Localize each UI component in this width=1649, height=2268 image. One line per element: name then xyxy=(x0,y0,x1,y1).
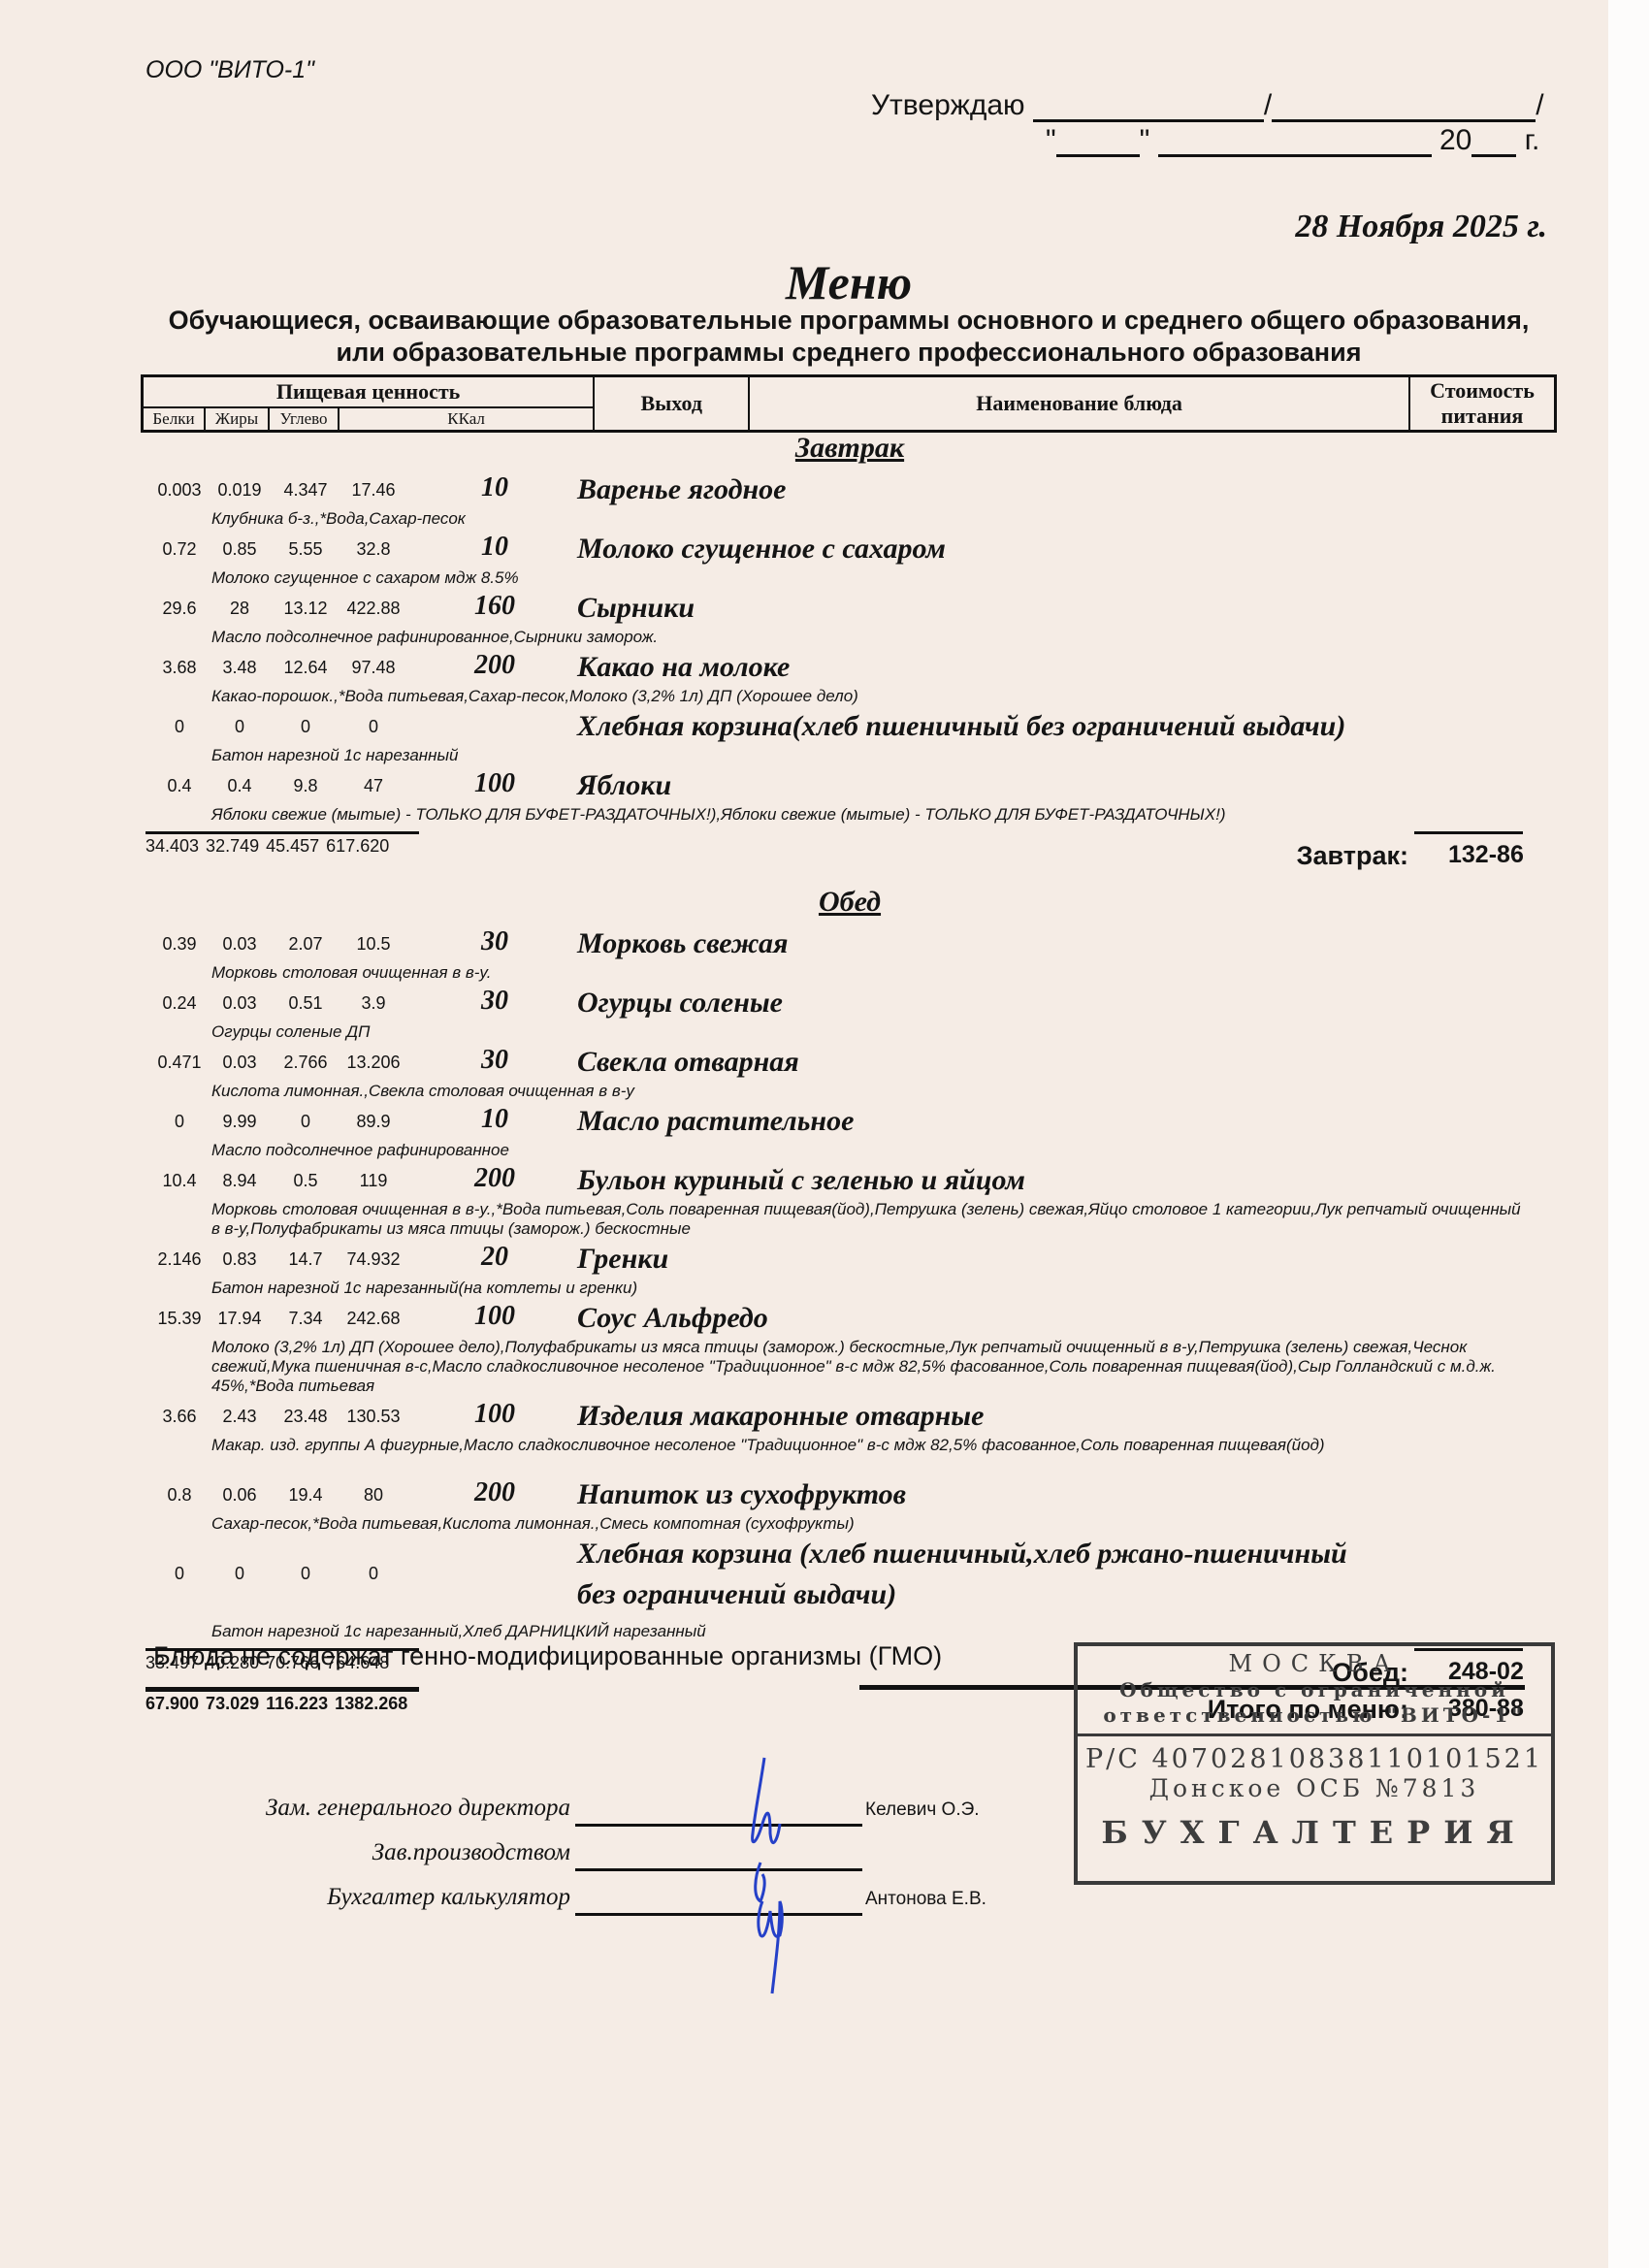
menu-item: 3.683.4812.6497.48200 xyxy=(145,650,1552,689)
stamp-city: МОСКВА xyxy=(1078,1650,1551,1677)
stamp-divider xyxy=(1074,1733,1555,1736)
company-stamp: МОСКВА Общество с ограниченной ответстве… xyxy=(1074,1642,1555,1885)
nutrient-kcal: 80 xyxy=(339,1485,407,1506)
signature-role-accountant: Бухгалтер калькулятор xyxy=(327,1884,570,1911)
page-subtitle: Обучающиеся, осваивающие образовательные… xyxy=(145,305,1552,369)
dish-ingredients: Молоко (3,2% 1л) ДП (Хорошее дело),Полуф… xyxy=(211,1338,1521,1396)
menu-item: 0.240.030.513.930 xyxy=(145,986,1552,1024)
dish-yield: 10 xyxy=(446,532,543,563)
nutrient-fat: 17.94 xyxy=(206,1309,274,1329)
dish-yield: 200 xyxy=(446,1163,543,1194)
dish-ingredients: Клубника б-з.,*Вода,Сахар-песок xyxy=(211,509,1521,529)
nutrient-carbs: 12.64 xyxy=(272,658,339,678)
dish-name: Морковь свежая xyxy=(577,926,788,961)
handwritten-signature-icon xyxy=(718,1756,834,1998)
menu-item: 0.0030.0194.34717.4610 xyxy=(145,472,1552,511)
nutrient-kcal: 0 xyxy=(339,717,407,737)
nutrient-kcal: 17.46 xyxy=(339,480,407,501)
nutrient-kcal: 89.9 xyxy=(339,1112,407,1132)
section-totals-breakfast: 34.403 32.749 45.457 617.620 xyxy=(145,831,419,857)
protein-header: Белки xyxy=(143,407,206,432)
dish-ingredients: Морковь столовая очищенная в в-у. xyxy=(211,963,1521,983)
quote: " xyxy=(1046,124,1056,156)
nutrient-fat: 0.03 xyxy=(206,993,274,1014)
carbs-header: Углево xyxy=(269,407,339,432)
nutrient-protein: 0 xyxy=(145,1564,213,1584)
dish-ingredients: Сахар-песок,*Вода питьевая,Кислота лимон… xyxy=(211,1514,1521,1534)
dish-yield: 200 xyxy=(446,1477,543,1508)
signature-role-deputy-director: Зам. генерального директора xyxy=(266,1795,570,1822)
nutrient-protein: 0.24 xyxy=(145,993,213,1014)
dish-name-line: Огурцы соленые xyxy=(577,986,783,1021)
section-title-lunch: Обед xyxy=(0,886,1649,919)
nutrient-protein: 15.39 xyxy=(145,1309,213,1329)
nutrient-carbs: 0 xyxy=(272,717,339,737)
menu-item: 0.390.032.0710.530 xyxy=(145,926,1552,965)
dish-name: Какао на молоке xyxy=(577,650,790,685)
section-title-breakfast: Завтрак xyxy=(0,432,1649,465)
dish-name-line: без ограничений выдачи) xyxy=(577,1577,1347,1612)
fat-header: Жиры xyxy=(205,407,269,432)
approver-signature-blank xyxy=(1033,92,1264,122)
dish-ingredients: Яблоки свежие (мытые) - ТОЛЬКО ДЛЯ БУФЕТ… xyxy=(211,805,1521,825)
nutrient-fat: 0.83 xyxy=(206,1249,274,1270)
dish-yield: 200 xyxy=(446,650,543,681)
dish-yield: 10 xyxy=(446,472,543,503)
dish-yield: 160 xyxy=(446,591,543,622)
nutrient-kcal: 130.53 xyxy=(339,1407,407,1427)
nutrition-header: Пищевая ценность xyxy=(143,376,595,408)
nutrient-fat: 0.03 xyxy=(206,1053,274,1073)
stamp-bank: Донское ОСБ №7813 xyxy=(1078,1774,1551,1802)
year-suffix: г. xyxy=(1525,124,1540,156)
quote: " xyxy=(1140,124,1150,156)
dish-ingredients: Молоко сгущенное с сахаром мдж 8.5% xyxy=(211,568,1521,588)
nutrient-kcal: 242.68 xyxy=(339,1309,407,1329)
menu-item: 2.1460.8314.774.93220 xyxy=(145,1242,1552,1280)
dish-ingredients: Масло подсолнечное рафинированное,Сырник… xyxy=(211,628,1521,647)
dish-name-line: Какао на молоке xyxy=(577,650,790,685)
dish-name: Сырники xyxy=(577,591,695,626)
nutrient-fat: 2.43 xyxy=(206,1407,274,1427)
nutrient-kcal: 13.206 xyxy=(339,1053,407,1073)
dish-name: Хлебная корзина (хлеб пшеничный,хлеб ржа… xyxy=(577,1537,1347,1612)
dish-ingredients: Батон нарезной 1с нарезанный,Хлеб ДАРНИЦ… xyxy=(211,1622,1521,1641)
dish-name-line: Напиток из сухофруктов xyxy=(577,1477,906,1512)
year-blank xyxy=(1471,127,1516,157)
nutrient-fat: 0.85 xyxy=(206,539,274,560)
nutrient-carbs: 23.48 xyxy=(272,1407,339,1427)
dish-name: Изделия макаронные отварные xyxy=(577,1399,984,1434)
dish-ingredients: Макар. изд. группы А фигурные,Масло слад… xyxy=(211,1436,1521,1455)
signature-name-deputy-director: Келевич О.Э. xyxy=(865,1799,980,1821)
dish-name: Варенье ягодное xyxy=(577,472,787,507)
dish-ingredients: Огурцы соленые ДП xyxy=(211,1022,1521,1042)
dish-ingredients: Батон нарезной 1с нарезанный(на котлеты … xyxy=(211,1279,1521,1298)
dish-name: Молоко сгущенное с сахаром xyxy=(577,532,946,567)
nutrient-fat: 9.99 xyxy=(206,1112,274,1132)
nutrient-protein: 3.68 xyxy=(145,658,213,678)
nutrient-protein: 0 xyxy=(145,1112,213,1132)
yield-header: Выход xyxy=(594,376,749,432)
nutrient-carbs: 19.4 xyxy=(272,1485,339,1506)
nutrient-kcal: 74.932 xyxy=(339,1249,407,1270)
section-sum-value-breakfast: 132-86 xyxy=(1448,841,1524,869)
dish-name-line: Молоко сгущенное с сахаром xyxy=(577,532,946,567)
nutrient-protein: 2.146 xyxy=(145,1249,213,1270)
stamp-line2: ответственностью "ВИТО-1" xyxy=(1078,1702,1551,1728)
nutrient-kcal: 3.9 xyxy=(339,993,407,1014)
dish-name-line: Бульон куриный с зеленью и яйцом xyxy=(577,1163,1025,1198)
dish-name: Свекла отварная xyxy=(577,1045,799,1080)
nutrient-fat: 0.019 xyxy=(206,480,274,501)
nutrient-protein: 0.471 xyxy=(145,1053,213,1073)
nutrient-fat: 0.03 xyxy=(206,934,274,955)
document-date: 28 Ноября 2025 г. xyxy=(1295,209,1547,245)
nutrient-carbs: 2.07 xyxy=(272,934,339,955)
approval-date-line: "" 20 г. xyxy=(1046,124,1539,157)
nutrient-carbs: 7.34 xyxy=(272,1309,339,1329)
nutrient-carbs: 0.51 xyxy=(272,993,339,1014)
signature-role-production-head: Зав.производством xyxy=(372,1839,570,1866)
dish-name: Хлебная корзина(хлеб пшеничный без огран… xyxy=(577,709,1345,744)
dish-name-line: Хлебная корзина (хлеб пшеничный,хлеб ржа… xyxy=(577,1537,1347,1571)
nutrient-protein: 29.6 xyxy=(145,599,213,619)
menu-item: 0.4710.032.76613.20630 xyxy=(145,1045,1552,1084)
signature-name-accountant: Антонова Е.В. xyxy=(865,1889,986,1910)
dish-name: Бульон куриный с зеленью и яйцом xyxy=(577,1163,1025,1198)
nutrient-fat: 3.48 xyxy=(206,658,274,678)
nutrient-protein: 10.4 xyxy=(145,1171,213,1191)
nutrient-carbs: 0 xyxy=(272,1564,339,1584)
month-blank xyxy=(1158,127,1432,157)
dish-yield: 30 xyxy=(446,1045,543,1076)
nutrient-protein: 0.003 xyxy=(145,480,213,501)
dish-name-line: Морковь свежая xyxy=(577,926,788,961)
kcal-header: ККал xyxy=(339,407,594,432)
nutrient-kcal: 47 xyxy=(339,776,407,796)
dish-name: Напиток из сухофруктов xyxy=(577,1477,906,1512)
dish-name: Огурцы соленые xyxy=(577,986,783,1021)
nutrient-fat: 0.06 xyxy=(206,1485,274,1506)
nutrient-carbs: 5.55 xyxy=(272,539,339,560)
dish-ingredients: Какао-порошок.,*Вода питьевая,Сахар-песо… xyxy=(211,687,1521,706)
dish-ingredients: Кислота лимонная.,Свекла столовая очищен… xyxy=(211,1082,1521,1101)
nutrient-protein: 3.66 xyxy=(145,1407,213,1427)
dish-name-line: Изделия макаронные отварные xyxy=(577,1399,984,1434)
stamp-line1: Общество с ограниченной xyxy=(1078,1677,1551,1702)
gmo-note: Блюда не содержат генно-модифицированные… xyxy=(153,1641,942,1671)
dish-name-header: Наименование блюда xyxy=(749,376,1409,432)
dish-yield: 100 xyxy=(446,1301,543,1332)
dish-name: Соус Альфредо xyxy=(577,1301,768,1336)
year-prefix: 20 xyxy=(1439,124,1471,156)
menu-item: 29.62813.12422.88160 xyxy=(145,591,1552,630)
section-sum-label-breakfast: Завтрак: xyxy=(1297,841,1408,871)
menu-item: 15.3917.947.34242.68100 xyxy=(145,1301,1552,1340)
dish-name-line: Гренки xyxy=(577,1242,668,1277)
nutrient-carbs: 0.5 xyxy=(272,1171,339,1191)
nutrient-carbs: 2.766 xyxy=(272,1053,339,1073)
nutrient-fat: 0 xyxy=(206,1564,274,1584)
dish-name: Яблоки xyxy=(577,768,671,803)
dish-name-line: Хлебная корзина(хлеб пшеничный без огран… xyxy=(577,709,1345,744)
dish-name: Масло растительное xyxy=(577,1104,854,1139)
cost-header: Стоимость питания xyxy=(1409,376,1556,432)
dish-ingredients: Батон нарезной 1с нарезанный xyxy=(211,746,1521,765)
nutrient-protein: 0.4 xyxy=(145,776,213,796)
nutrient-carbs: 9.8 xyxy=(272,776,339,796)
slash: / xyxy=(1536,89,1543,121)
dish-name-line: Яблоки xyxy=(577,768,671,803)
dish-yield: 30 xyxy=(446,926,543,957)
dish-yield: 100 xyxy=(446,1399,543,1430)
nutrient-protein: 0.39 xyxy=(145,934,213,955)
stamp-account: Р/С 40702810838110101521 xyxy=(1078,1744,1551,1774)
approve-label: Утверждаю xyxy=(871,89,1025,121)
dish-ingredients: Морковь столовая очищенная в в-у.,*Вода … xyxy=(211,1200,1521,1239)
nutrient-kcal: 32.8 xyxy=(339,539,407,560)
nutrient-carbs: 4.347 xyxy=(272,480,339,501)
stamp-department: БУХГАЛТЕРИЯ xyxy=(1078,1814,1551,1851)
dish-name-line: Масло растительное xyxy=(577,1104,854,1139)
nutrient-kcal: 422.88 xyxy=(339,599,407,619)
nutrient-fat: 8.94 xyxy=(206,1171,274,1191)
approver-name-blank xyxy=(1272,92,1536,122)
nutrient-kcal: 0 xyxy=(339,1564,407,1584)
nutrient-kcal: 97.48 xyxy=(339,658,407,678)
dish-yield: 20 xyxy=(446,1242,543,1273)
dish-name-line: Свекла отварная xyxy=(577,1045,799,1080)
nutrient-protein: 0.8 xyxy=(145,1485,213,1506)
dish-name-line: Соус Альфредо xyxy=(577,1301,768,1336)
organization-name: ООО "ВИТО-1" xyxy=(145,56,314,84)
nutrient-fat: 0 xyxy=(206,717,274,737)
day-blank xyxy=(1056,127,1140,157)
nutrient-protein: 0 xyxy=(145,717,213,737)
dish-yield: 30 xyxy=(446,986,543,1017)
dish-name-line: Сырники xyxy=(577,591,695,626)
grand-totals: 67.900 73.029 116.223 1382.268 xyxy=(145,1687,419,1714)
page-title: Меню xyxy=(0,254,1649,310)
menu-table-header: Пищевая ценность Выход Наименование блюд… xyxy=(141,374,1557,433)
nutrient-carbs: 0 xyxy=(272,1112,339,1132)
nutrient-carbs: 13.12 xyxy=(272,599,339,619)
nutrient-protein: 0.72 xyxy=(145,539,213,560)
menu-item: 0.40.49.847100 xyxy=(145,768,1552,807)
nutrient-fat: 0.4 xyxy=(206,776,274,796)
approval-line: Утверждаю // xyxy=(871,89,1544,122)
nutrient-kcal: 119 xyxy=(339,1171,407,1191)
nutrient-fat: 28 xyxy=(206,599,274,619)
dish-yield: 100 xyxy=(446,768,543,799)
dish-yield: 10 xyxy=(446,1104,543,1135)
sum-underline xyxy=(1414,831,1523,834)
slash: / xyxy=(1264,89,1272,121)
dish-name-line: Варенье ягодное xyxy=(577,472,787,507)
nutrient-kcal: 10.5 xyxy=(339,934,407,955)
dish-ingredients: Масло подсолнечное рафинированное xyxy=(211,1141,1521,1160)
dish-name: Гренки xyxy=(577,1242,668,1277)
nutrient-carbs: 14.7 xyxy=(272,1249,339,1270)
